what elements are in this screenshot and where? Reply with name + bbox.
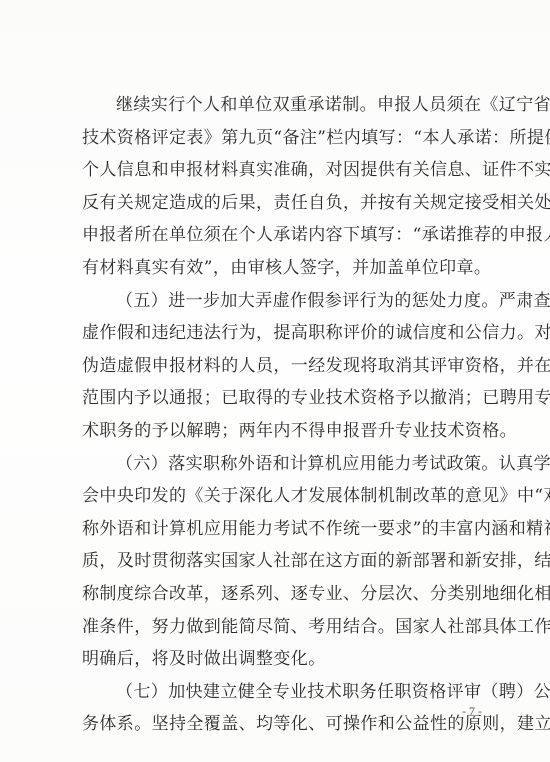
text-line: 明确后，将及时做出调整变化。 (82, 643, 484, 676)
text-line: 会中央印发的《关于深化人才发展体制机制改革的意见》中“对职 (82, 480, 484, 513)
text-line: 务体系。坚持全覆盖、均等化、可操作和公益性的原则，建立面向 (82, 708, 484, 741)
section-heading-line: （六）落实职称外语和计算机应用能力考试政策。认真学习领 (82, 448, 484, 481)
text-line: 称制度综合改革，逐系列、逐专业、分层次、分类别地细化相关标 (82, 578, 484, 611)
text-line: 个人信息和申报材料真实准确，对因提供有关信息、证件不实或违 (82, 154, 484, 187)
text-line: 范围内予以通报；已取得的专业技术资格予以撤消；已聘用专业技 (82, 382, 484, 415)
text-line: 反有关规定造成的后果，责任自负，并按有关规定接受相关处罚”； (82, 187, 484, 220)
text-line: 技术资格评定表》第九页“备注”栏内填写：“本人承诺：所提供的 (82, 122, 484, 155)
text-line: 伪造虚假申报材料的人员，一经发现将取消其评审资格，并在一定 (82, 350, 484, 383)
text-line: 有材料真实有效”，由审核人签字，并加盖单位印章。 (82, 252, 484, 285)
body-text: 继续实行个人和单位双重承诺制。申报人员须在《辽宁省专业 技术资格评定表》第九页“… (82, 89, 484, 741)
text-line: 称外语和计算机应用能力考试不作统一要求”的丰富内涵和精神实 (82, 513, 484, 546)
text-line: 术职务的予以解聘；两年内不得申报晋升专业技术资格。 (82, 415, 484, 448)
section-heading-line: （五）进一步加大弄虚作假参评行为的惩处力度。严肃查处弄 (82, 285, 484, 318)
text-line: 虚作假和违纪违法行为，提高职称评价的诚信度和公信力。对提供 (82, 317, 484, 350)
text-line: 准条件，努力做到能简尽简、考用结合。国家人社部具体工作意见 (82, 611, 484, 644)
text-line: 继续实行个人和单位双重承诺制。申报人员须在《辽宁省专业 (82, 89, 484, 122)
page-number: - 7 - (462, 704, 482, 719)
section-heading-line: （七）加快建立健全专业技术职务任职资格评审（聘）公共服 (82, 676, 484, 709)
text-line: 质，及时贯彻落实国家人社部在这方面的新部署和新安排，结合职 (82, 545, 484, 578)
text-line: 申报者所在单位须在个人承诺内容下填写：“承诺推荐的申报人员所 (82, 219, 484, 252)
document-page: 继续实行个人和单位双重承诺制。申报人员须在《辽宁省专业 技术资格评定表》第九页“… (0, 0, 550, 762)
